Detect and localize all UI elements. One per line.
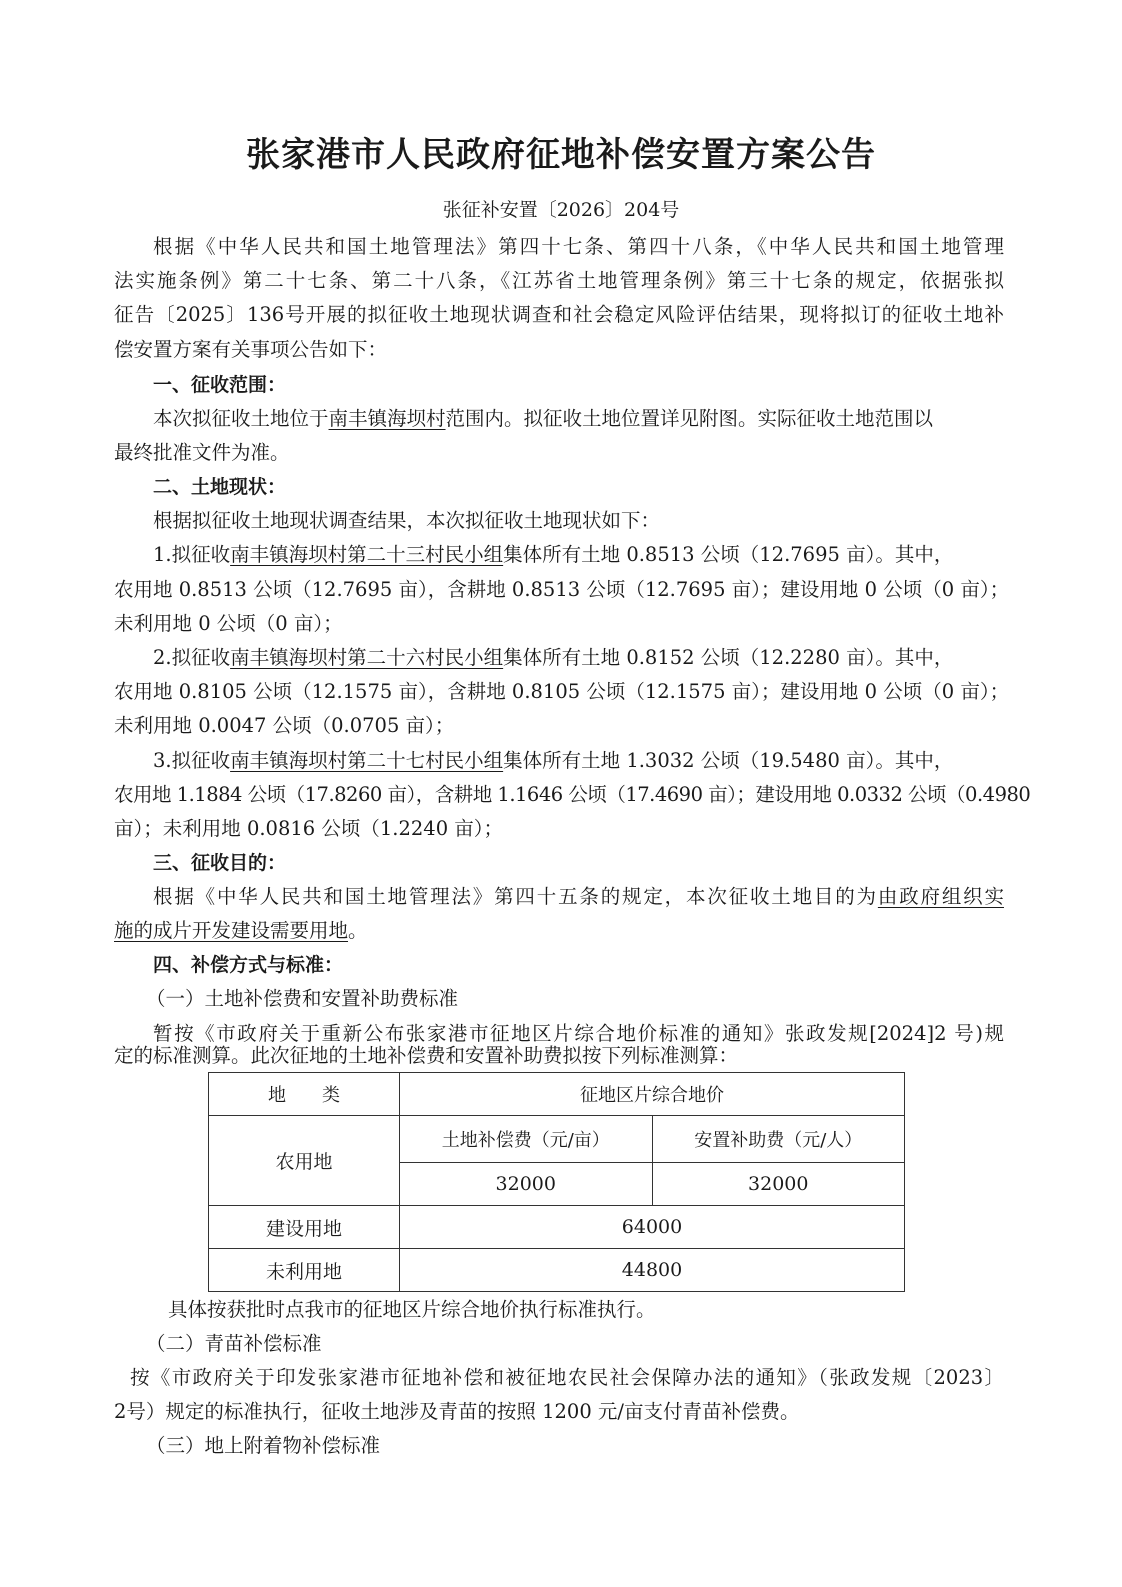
header-resettlement: 安置补助费（元/人） — [652, 1116, 905, 1163]
cell-price: 64000 — [400, 1206, 905, 1249]
intro-line: 法实施条例》第二十七条、第二十八条，《江苏省土地管理条例》第三十七条的规定，依据… — [114, 268, 1004, 294]
intro-line: 根据《中华人民共和国土地管理法》第四十七条、第四十八条，《中华人民共和国土地管理 — [153, 234, 1004, 260]
item-prefix: 2.拟征收 — [153, 646, 230, 669]
paragraph-line: 定的标准测算。此次征地的土地补偿费和安置补助费拟按下列标准测算： — [114, 1043, 1004, 1069]
village-group-underlined: 南丰镇海坝村第二十六村民小组 — [230, 646, 503, 669]
land-item-line: 未利用地 0 公顷（0 亩）； — [114, 611, 1004, 637]
village-group-underlined: 南丰镇海坝村第二十七村民小组 — [230, 749, 503, 772]
paragraph-line: 按《市政府关于印发张家港市征地补偿和被征地农民社会保障办法的通知》（张政发规〔2… — [130, 1365, 1004, 1391]
paragraph-line: 最终批准文件为准。 — [114, 440, 1004, 466]
cell-compensation: 32000 — [400, 1163, 653, 1206]
land-item-line: 3.拟征收南丰镇海坝村第二十七村民小组集体所有土地 1.3032 公顷（19.5… — [153, 748, 1004, 774]
land-item-line: 农用地 1.1884 公顷（17.8260 亩），含耕地 1.1646 公顷（1… — [114, 782, 1004, 808]
cell-land-type: 未利用地 — [209, 1249, 400, 1292]
land-item-line: 未利用地 0.0047 公顷（0.0705 亩）； — [114, 713, 1004, 739]
land-item-line: 1.拟征收南丰镇海坝村第二十三村民小组集体所有土地 0.8513 公顷（12.7… — [153, 542, 1004, 568]
land-price-table: 地 类 征地区片综合地价 农用地 土地补偿费（元/亩） 安置补助费（元/人） 3… — [208, 1072, 905, 1292]
document-title: 张家港市人民政府征地补偿安置方案公告 — [0, 133, 1122, 177]
header-price: 征地区片综合地价 — [400, 1073, 905, 1116]
land-item-line: 亩）；未利用地 0.0816 公顷（1.2240 亩）； — [114, 816, 1004, 842]
item-prefix: 1.拟征收 — [153, 543, 230, 566]
cell-resettlement: 32000 — [652, 1163, 905, 1206]
purpose-underlined: 由政府组织实 — [878, 885, 1004, 908]
land-item-line: 2.拟征收南丰镇海坝村第二十六村民小组集体所有土地 0.8152 公顷（12.2… — [153, 645, 1004, 671]
village-group-underlined: 南丰镇海坝村第二十三村民小组 — [230, 543, 503, 566]
purpose-underlined: 施的成片开发建设需要用地 — [114, 919, 348, 942]
document-page: 张家港市人民政府征地补偿安置方案公告 张征补安置〔2026〕204号 根据《中华… — [0, 0, 1122, 1587]
document-number: 张征补安置〔2026〕204号 — [0, 197, 1122, 223]
text: 根据《中华人民共和国土地管理法》第四十五条的规定，本次征收土地目的为 — [153, 885, 878, 908]
table-note: 具体按获批时点我市的征地区片综合地价执行标准执行。 — [168, 1297, 1058, 1323]
subsection-heading: （二）青苗补偿标准 — [146, 1331, 1036, 1357]
paragraph-line: 根据《中华人民共和国土地管理法》第四十五条的规定，本次征收土地目的为由政府组织实 — [153, 884, 1004, 910]
section-heading: 一、征收范围： — [153, 372, 1004, 398]
text: 。 — [348, 919, 368, 942]
text: 集体所有土地 0.8152 公顷（12.2280 亩）。其中， — [503, 646, 953, 669]
header-land-type: 地 类 — [209, 1073, 400, 1116]
land-item-line: 农用地 0.8513 公顷（12.7695 亩），含耕地 0.8513 公顷（1… — [114, 577, 1004, 603]
intro-line: 偿安置方案有关事项公告如下： — [114, 337, 1004, 363]
paragraph-line: 本次拟征收土地位于南丰镇海坝村范围内。拟征收土地位置详见附图。实际征收土地范围以 — [153, 406, 1004, 432]
intro-line: 征告〔2025〕136号开展的拟征收土地现状调查和社会稳定风险评估结果，现将拟订… — [114, 302, 1004, 328]
subsection-heading: （一）土地补偿费和安置补助费标准 — [146, 986, 1036, 1012]
location-underlined: 南丰镇海坝村 — [329, 407, 446, 430]
section-heading: 四、补偿方式与标准： — [153, 952, 1004, 978]
paragraph-line: 根据拟征收土地现状调查结果，本次拟征收土地现状如下： — [153, 508, 1004, 534]
cell-price: 44800 — [400, 1249, 905, 1292]
text: 集体所有土地 1.3032 公顷（19.5480 亩）。其中， — [503, 749, 953, 772]
subsection-heading: （三）地上附着物补偿标准 — [146, 1433, 1036, 1459]
text: 集体所有土地 0.8513 公顷（12.7695 亩）。其中， — [503, 543, 953, 566]
paragraph-line: 施的成片开发建设需要用地。 — [114, 918, 1004, 944]
header-compensation: 土地补偿费（元/亩） — [400, 1116, 653, 1163]
land-item-line: 农用地 0.8105 公顷（12.1575 亩），含耕地 0.8105 公顷（1… — [114, 679, 1004, 705]
item-prefix: 3.拟征收 — [153, 749, 230, 772]
text: 本次拟征收土地位于 — [153, 407, 329, 430]
cell-land-type: 农用地 — [209, 1116, 400, 1206]
paragraph-line: 2号）规定的标准执行，征收土地涉及青苗的按照 1200 元/亩支付青苗补偿费。 — [114, 1399, 1004, 1425]
section-heading: 二、土地现状： — [153, 474, 1004, 500]
section-heading: 三、征收目的： — [153, 850, 1004, 876]
text: 范围内。拟征收土地位置详见附图。实际征收土地范围以 — [446, 407, 934, 430]
cell-land-type: 建设用地 — [209, 1206, 400, 1249]
